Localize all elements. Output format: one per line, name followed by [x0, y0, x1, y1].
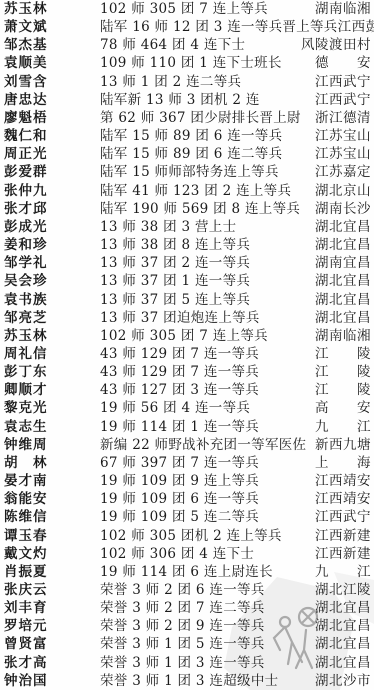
place-text: 湖南长沙 — [315, 200, 374, 218]
table-row: 周正光 陆军 15 师 89 团 6 连二等兵 江苏宝山 — [0, 145, 374, 163]
unit-rank-text: 102 师 305 团 7 连上等兵 — [66, 0, 315, 18]
place-text: 湖北宜昌 — [315, 236, 374, 254]
soldier-name: 钟维周 — [0, 436, 66, 454]
table-row: 吴会珍 13 师 37 团 1 连一等兵 湖北宜昌 — [0, 272, 374, 290]
table-row: 邹杰基 78 师 464 团 4 连下士 风陵渡田村 — [0, 36, 374, 54]
place-text: 江苏嘉定 — [315, 163, 374, 181]
soldier-name: 周正光 — [0, 145, 66, 163]
place-text: 湖北宜昌 — [315, 309, 374, 327]
soldier-name: 戴文灼 — [0, 545, 66, 563]
place-text: 湖北京山 — [315, 182, 374, 200]
soldier-name: 胡 林 — [0, 454, 66, 472]
soldier-name: 魏仁和 — [0, 127, 66, 145]
unit-rank-text: 荣誉 3 师 1 团 5 连一等兵 — [66, 635, 315, 653]
soldier-name: 苏玉林 — [0, 0, 66, 18]
table-row: 邹亮芝 13 师 37 团迫炮连上等兵 湖北宜昌 — [0, 309, 374, 327]
unit-rank-text: 第 62 师 367 团少尉排长晋上尉 — [66, 109, 315, 127]
place-text: 江西武宁 — [315, 73, 374, 91]
place-text: 江西靖安 — [315, 472, 374, 490]
soldier-name: 邹学礼 — [0, 254, 66, 272]
soldier-name: 张才邱 — [0, 200, 66, 218]
table-row: 苏玉林 102 师 305 团 7 连上等兵 湖南临湘 — [0, 0, 374, 18]
place-text: 湖南临湘 — [315, 327, 374, 345]
soldier-name: 谭玉春 — [0, 527, 66, 545]
unit-rank-text: 19 师 109 团 6 连一等兵 — [66, 490, 315, 508]
unit-rank-text: 43 师 129 团 7 连一等兵 — [66, 363, 315, 381]
soldier-name: 萧文斌 — [0, 18, 66, 36]
table-row: 周礼信 43 师 129 团 7 连一等兵 江 陵 — [0, 345, 374, 363]
table-row: 姜和珍 13 师 38 团 8 连上等兵 湖北宜昌 — [0, 236, 374, 254]
unit-rank-text: 新编 22 师野战补充团一等军医佐 — [66, 436, 315, 454]
soldier-name: 黎克光 — [0, 399, 66, 417]
unit-rank-text: 13 师 37 团 5 连上等兵 — [66, 291, 315, 309]
table-row: 钟维周 新编 22 师野战补充团一等军医佐 新西九塘 — [0, 436, 374, 454]
soldier-name: 陈维信 — [0, 508, 66, 526]
soldier-name: 张仲九 — [0, 182, 66, 200]
table-row: 翁能安 19 师 109 团 6 连一等兵 江西靖安 — [0, 490, 374, 508]
soldier-name: 邹杰基 — [0, 36, 66, 54]
soldier-name: 卿顺才 — [0, 381, 66, 399]
table-row: 卿顺才 43 师 127 团 3 连一等兵 江 陵 — [0, 381, 374, 399]
place-text: 湖南宜昌 — [315, 254, 374, 272]
table-row: 苏玉林 102 师 305 团 7 连上等兵 湖南临湘 — [0, 327, 374, 345]
table-row: 魏仁和 陆军 15 师 89 团 6 连一等兵 江苏宝山 — [0, 127, 374, 145]
table-row: 张才邱 陆军 190 师 569 团 8 连上等兵 湖南长沙 — [0, 200, 374, 218]
soldier-name: 吴会珍 — [0, 272, 66, 290]
soldier-name: 肖振夏 — [0, 563, 66, 581]
table-row: 彭成光 13 师 38 团 3 营上士 湖北宜昌 — [0, 218, 374, 236]
place-text: 江 陵 — [315, 381, 374, 399]
unit-rank-text: 13 师 37 团 2 连一等兵 — [66, 254, 315, 272]
soldier-name: 晏才南 — [0, 472, 66, 490]
soldier-name: 邹亮芝 — [0, 309, 66, 327]
table-row: 钟治国 荣誉 3 师 1 团 3 连超级中士 湖北沙市 — [0, 672, 374, 690]
soldier-name: 袁顺美 — [0, 54, 66, 72]
table-row: 萧文斌 陆军 16 师 12 团 3 连一等兵晋上等兵 江西彭泽 — [0, 18, 374, 36]
place-text: 江苏宝山 — [315, 145, 374, 163]
soldier-name: 姜和珍 — [0, 236, 66, 254]
unit-rank-text: 102 师 306 团 4 连下士 — [66, 545, 315, 563]
unit-rank-text: 67 师 397 团 7 连一等兵 — [66, 454, 315, 472]
soldier-name: 彭丁东 — [0, 363, 66, 381]
unit-rank-text: 荣誉 3 师 2 团 9 连一等兵 — [66, 617, 315, 635]
soldier-name: 彭爱群 — [0, 163, 66, 181]
unit-rank-text: 19 师 114 团 6 连上尉连长 — [66, 563, 315, 581]
table-row: 曾贤富 荣誉 3 师 1 团 5 连一等兵 湖北宜昌 — [0, 635, 374, 653]
place-text: 高 安 — [315, 399, 374, 417]
unit-rank-text: 13 师 38 团 3 营上士 — [66, 218, 315, 236]
place-text: 江西新建 — [315, 545, 374, 563]
place-text: 江西靖安 — [315, 490, 374, 508]
soldier-name: 唐忠达 — [0, 91, 66, 109]
unit-rank-text: 陆军 190 师 569 团 8 连上等兵 — [66, 200, 315, 218]
unit-rank-text: 陆军新 13 师 3 团机 2 连 — [66, 91, 315, 109]
unit-rank-text: 13 师 1 团 2 连二等兵 — [66, 73, 315, 91]
table-row: 谭玉春 102 师 305 团机 2 连上等兵 江西新建 — [0, 527, 374, 545]
soldier-name: 张庆云 — [0, 581, 66, 599]
unit-rank-text: 43 师 127 团 3 连一等兵 — [66, 381, 315, 399]
place-text: 湖南临湘 — [315, 0, 374, 18]
unit-rank-text: 陆军 15 师师部特务连上等兵 — [66, 163, 315, 181]
unit-rank-text: 19 师 114 团 1 连一等兵 — [66, 418, 315, 436]
soldier-name: 廖魁梧 — [0, 109, 66, 127]
place-text: 风陵渡田村 — [301, 36, 374, 54]
unit-rank-text: 78 师 464 团 4 连下士 — [66, 36, 301, 54]
place-text: 九 江 — [315, 418, 374, 436]
place-text: 九 江 — [315, 563, 374, 581]
unit-rank-text: 陆军 15 师 89 团 6 连二等兵 — [66, 145, 315, 163]
unit-rank-text: 陆军 15 师 89 团 6 连一等兵 — [66, 127, 315, 145]
place-text: 江西新建 — [315, 527, 374, 545]
unit-rank-text: 102 师 305 团机 2 连上等兵 — [66, 527, 315, 545]
place-text: 江 陵 — [315, 363, 374, 381]
soldier-name: 周礼信 — [0, 345, 66, 363]
soldier-name: 彭成光 — [0, 218, 66, 236]
unit-rank-text: 102 师 305 团 7 连上等兵 — [66, 327, 315, 345]
place-text: 湖北宜昌 — [315, 654, 374, 672]
table-row: 彭爱群 陆军 15 师师部特务连上等兵 江苏嘉定 — [0, 163, 374, 181]
table-row: 黎克光 19 师 56 团 4 连一等兵 高 安 — [0, 399, 374, 417]
table-row: 晏才南 19 师 109 团 9 连上等兵 江西靖安 — [0, 472, 374, 490]
table-row: 戴文灼 102 师 306 团 4 连下士 江西新建 — [0, 545, 374, 563]
table-row: 邹学礼 13 师 37 团 2 连一等兵 湖南宜昌 — [0, 254, 374, 272]
place-text: 湖北宜昌 — [315, 218, 374, 236]
table-row: 张才高 荣誉 3 师 1 团 3 连一等兵 湖北宜昌 — [0, 654, 374, 672]
table-row: 刘丰育 荣誉 3 师 2 团 7 连二等兵 湖北宜昌 — [0, 599, 374, 617]
table-row: 廖魁梧 第 62 师 367 团少尉排长晋上尉 浙江德清 — [0, 109, 374, 127]
place-text: 浙江德清 — [315, 109, 374, 127]
unit-rank-text: 43 师 129 团 7 连一等兵 — [66, 345, 315, 363]
soldier-name: 钟治国 — [0, 672, 66, 690]
place-text: 江苏宝山 — [315, 127, 374, 145]
table-row: 张庆云 荣誉 3 师 2 团 6 连一等兵 湖北江陵 — [0, 581, 374, 599]
soldier-name: 张才高 — [0, 654, 66, 672]
table-row: 袁顺美 109 师 110 团 1 连下士班长 德 安 — [0, 54, 374, 72]
soldier-name: 刘雪含 — [0, 73, 66, 91]
soldier-name: 翁能安 — [0, 490, 66, 508]
place-text: 上 海 — [315, 454, 374, 472]
place-text: 江西彭泽 — [338, 18, 374, 36]
place-text: 湖北江陵 — [315, 581, 374, 599]
table-row: 唐忠达 陆军新 13 师 3 团机 2 连 江西武宁 — [0, 91, 374, 109]
unit-rank-text: 荣誉 3 师 1 团 3 连一等兵 — [66, 654, 315, 672]
soldier-name: 袁志生 — [0, 418, 66, 436]
table-row: 陈维信 19 师 109 团 5 连二等兵 江西武宁 — [0, 508, 374, 526]
place-text: 湖北宜昌 — [315, 599, 374, 617]
table-row: 张仲九 陆军 41 师 123 团 2 连上等兵 湖北京山 — [0, 182, 374, 200]
place-text: 湖北沙市 — [315, 672, 374, 690]
document-page: 苏玉林 102 师 305 团 7 连上等兵 湖南临湘 萧文斌 陆军 16 师 … — [0, 0, 374, 690]
place-text: 新西九塘 — [315, 436, 374, 454]
table-row: 胡 林 67 师 397 团 7 连一等兵 上 海 — [0, 454, 374, 472]
unit-rank-text: 荣誉 3 师 2 团 6 连一等兵 — [66, 581, 315, 599]
soldier-name: 苏玉林 — [0, 327, 66, 345]
soldier-name: 罗培元 — [0, 617, 66, 635]
unit-rank-text: 荣誉 3 师 1 团 3 连超级中士 — [66, 672, 315, 690]
table-row: 刘雪含 13 师 1 团 2 连二等兵 江西武宁 — [0, 73, 374, 91]
table-row: 罗培元 荣誉 3 师 2 团 9 连一等兵 湖北宜昌 — [0, 617, 374, 635]
soldier-name: 袁书族 — [0, 291, 66, 309]
place-text: 江西武宁 — [315, 91, 374, 109]
roster-table: 苏玉林 102 师 305 团 7 连上等兵 湖南临湘 萧文斌 陆军 16 师 … — [0, 0, 374, 690]
unit-rank-text: 109 师 110 团 1 连下士班长 — [66, 54, 315, 72]
unit-rank-text: 陆军 16 师 12 团 3 连一等兵晋上等兵 — [66, 18, 338, 36]
unit-rank-text: 19 师 109 团 9 连上等兵 — [66, 472, 315, 490]
place-text: 江西武宁 — [315, 508, 374, 526]
table-row: 彭丁东 43 师 129 团 7 连一等兵 江 陵 — [0, 363, 374, 381]
soldier-name: 刘丰育 — [0, 599, 66, 617]
soldier-name: 曾贤富 — [0, 635, 66, 653]
unit-rank-text: 荣誉 3 师 2 团 7 连二等兵 — [66, 599, 315, 617]
place-text: 湖北宜昌 — [315, 617, 374, 635]
unit-rank-text: 13 师 37 团迫炮连上等兵 — [66, 309, 315, 327]
place-text: 德 安 — [315, 54, 374, 72]
unit-rank-text: 19 师 56 团 4 连一等兵 — [66, 399, 315, 417]
place-text: 湖北宜昌 — [315, 635, 374, 653]
unit-rank-text: 陆军 41 师 123 团 2 连上等兵 — [66, 182, 315, 200]
unit-rank-text: 19 师 109 团 5 连二等兵 — [66, 508, 315, 526]
unit-rank-text: 13 师 38 团 8 连上等兵 — [66, 236, 315, 254]
unit-rank-text: 13 师 37 团 1 连一等兵 — [66, 272, 315, 290]
table-row: 肖振夏 19 师 114 团 6 连上尉连长 九 江 — [0, 563, 374, 581]
place-text: 湖北宜昌 — [315, 272, 374, 290]
place-text: 江 陵 — [315, 345, 374, 363]
place-text: 湖北宜昌 — [315, 291, 374, 309]
table-row: 袁书族 13 师 37 团 5 连上等兵 湖北宜昌 — [0, 291, 374, 309]
table-row: 袁志生 19 师 114 团 1 连一等兵 九 江 — [0, 418, 374, 436]
